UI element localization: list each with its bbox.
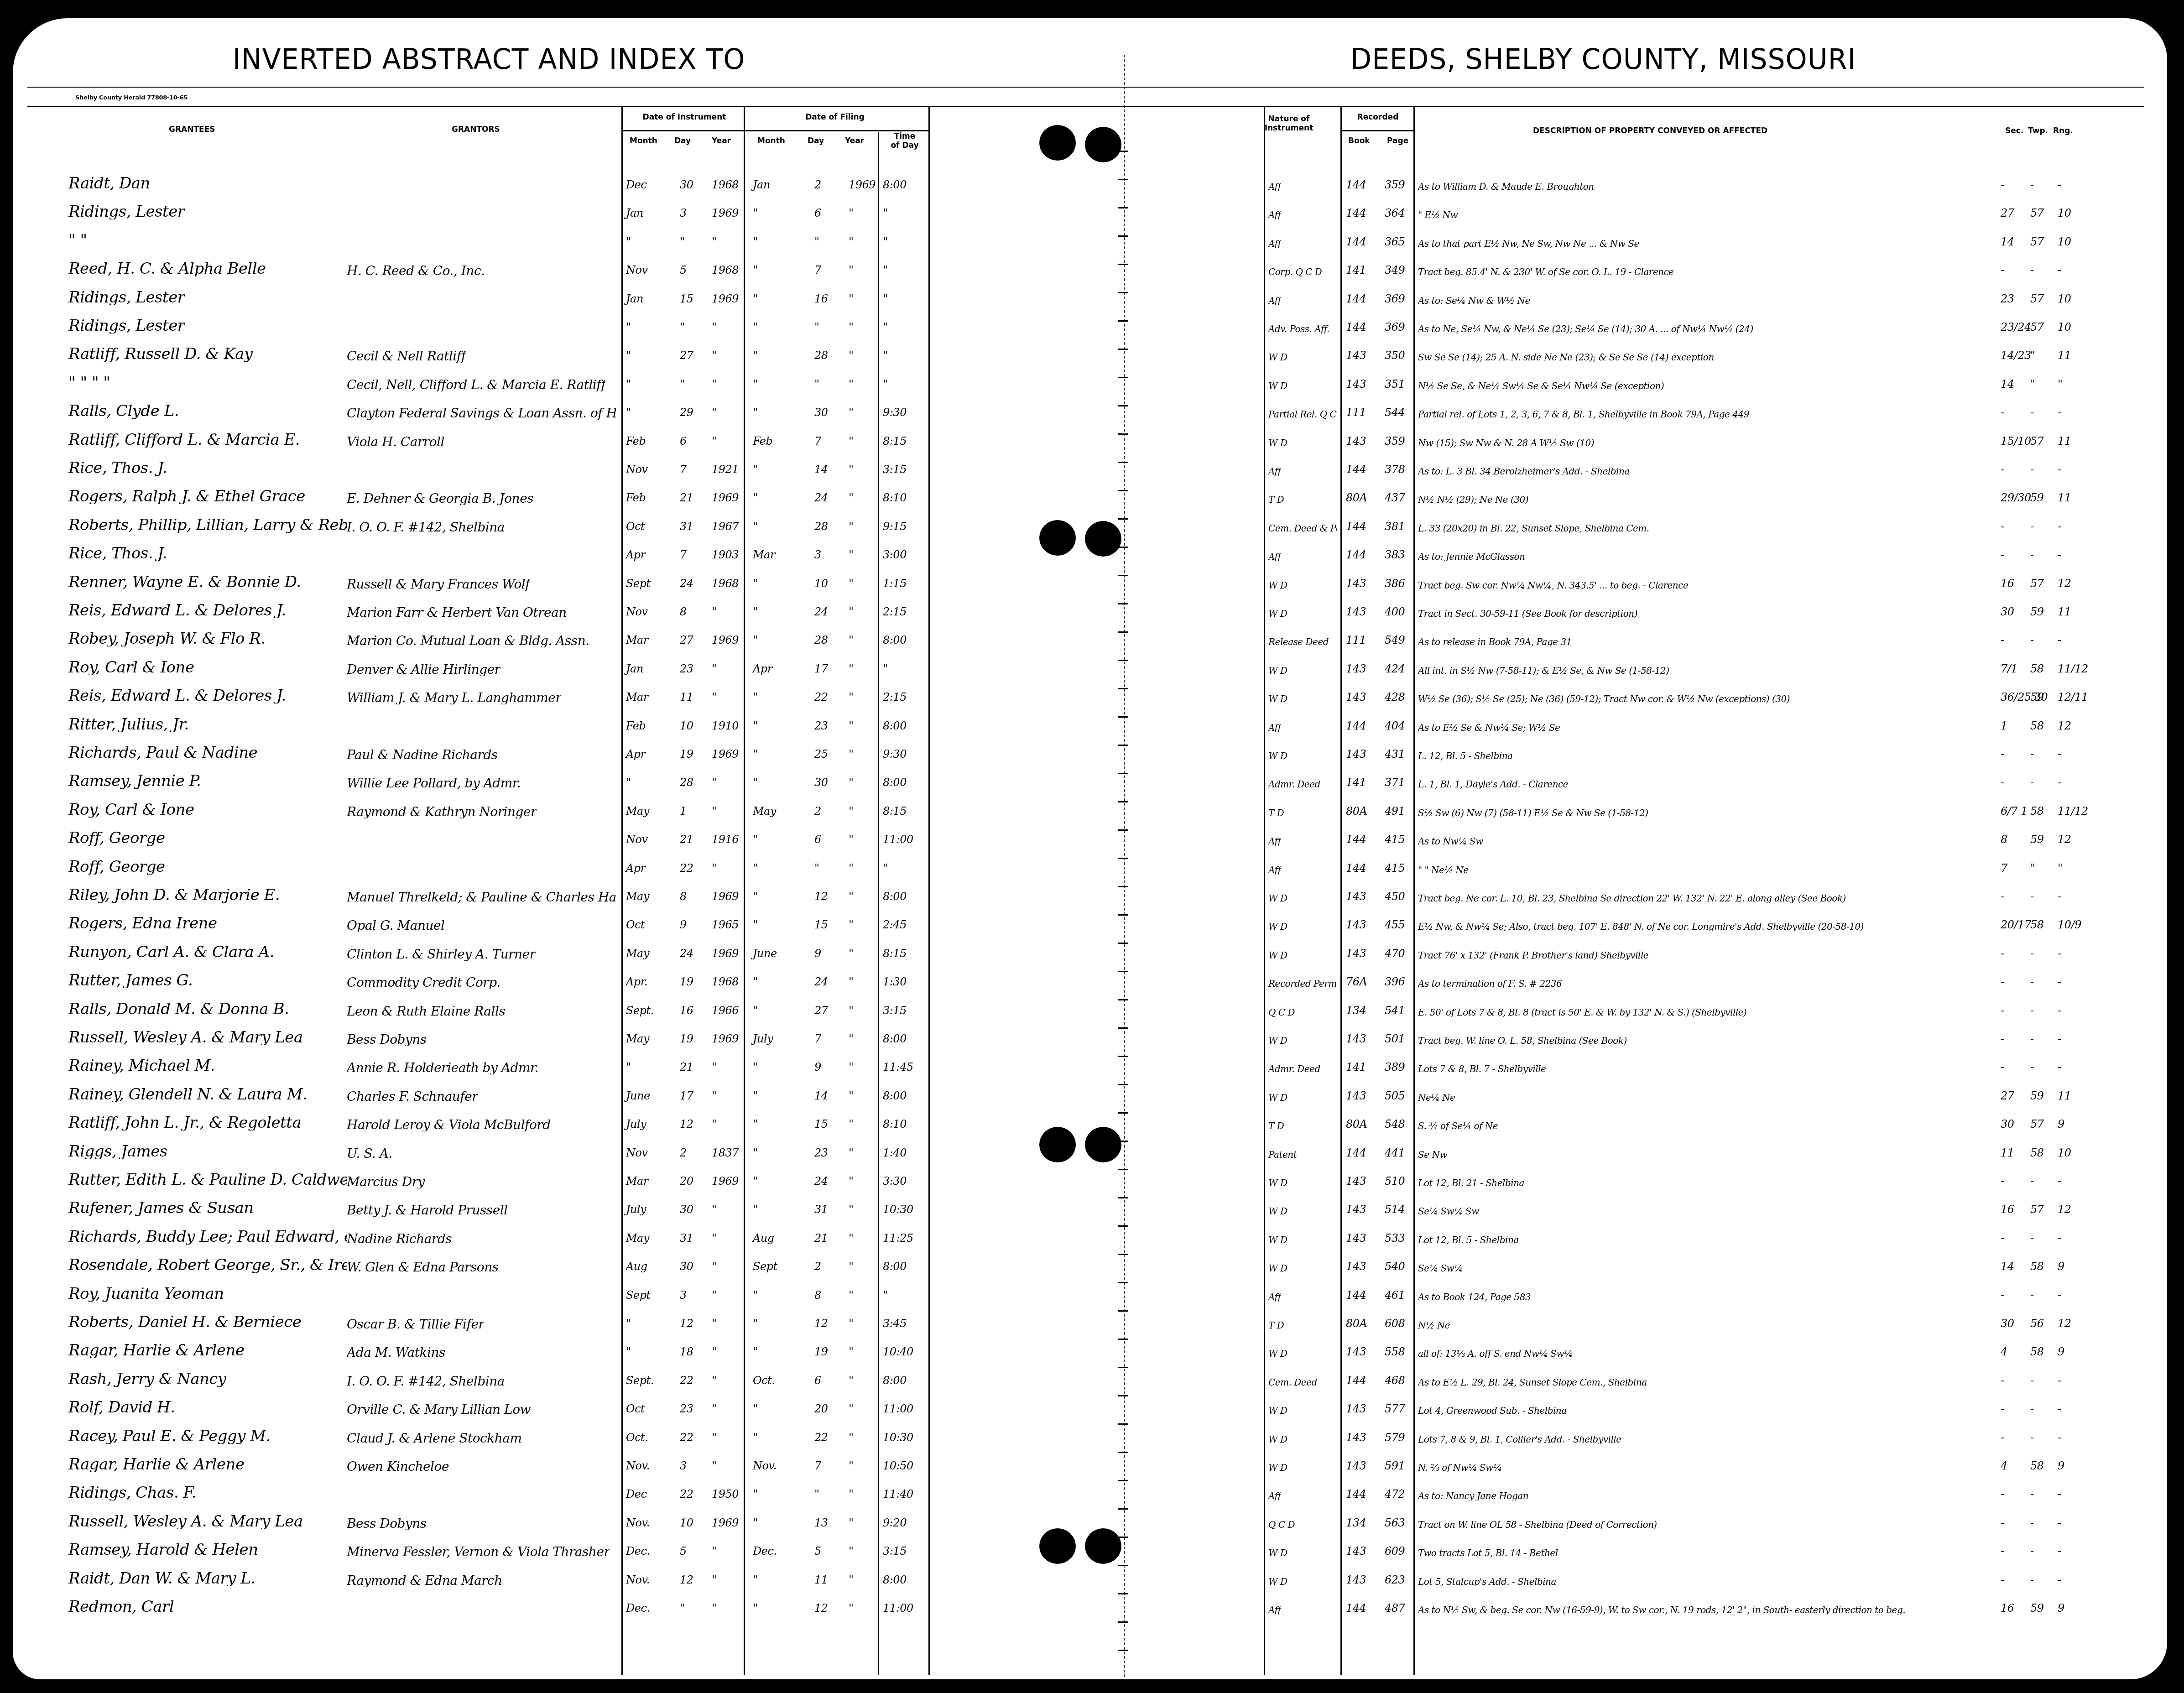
inst-day-cell: 6 [680, 436, 687, 447]
inst-month-cell: May [626, 1033, 649, 1044]
inst-year-cell: " [712, 1261, 717, 1272]
time-cell: " [883, 1290, 888, 1301]
spine-tick [1118, 1282, 1128, 1283]
grantor-cell: Commodity Credit Corp. [347, 976, 500, 989]
filing-year-cell: " [849, 1546, 854, 1557]
sec-cell: 23/24 [2001, 322, 2031, 333]
book-cell: 144 [1346, 1147, 1366, 1158]
grantee-cell: Raidt, Dan W. & Mary L. [68, 1571, 255, 1586]
inst-year-cell: " [712, 1233, 717, 1244]
inst-year-cell: " [712, 1603, 717, 1614]
page-cell: 396 [1385, 976, 1405, 987]
nature-cell: W D [1268, 1036, 1287, 1045]
filing-day-cell: 30 [814, 777, 828, 788]
spine-tick [1118, 1480, 1128, 1481]
grantor-cell: Harold Leroy & Viola McBulford [347, 1119, 551, 1131]
spine-tick [1118, 971, 1128, 972]
book-cell: 144 [1346, 1290, 1366, 1301]
filing-month-cell: " [753, 1603, 758, 1614]
time-cell: " [883, 236, 888, 247]
inst-day-cell: 10 [680, 720, 693, 731]
inst-month-cell: Sept [626, 1290, 651, 1301]
grantee-cell: Ratliff, Russell D. & Kay [68, 346, 253, 362]
rng-cell: 10 [2058, 322, 2071, 333]
book-cell: 143 [1346, 1346, 1366, 1357]
page-cell: 461 [1385, 1290, 1405, 1301]
sec-cell: 4 [2001, 1346, 2007, 1357]
filing-day-cell: 6 [814, 208, 821, 219]
filing-month-cell: " [753, 1290, 758, 1301]
sec-cell: 30 [2001, 1318, 2014, 1329]
sec-cell: - [2001, 1176, 2004, 1187]
grantee-cell: Rutter, James G. [68, 973, 193, 988]
twp-cell: 58 [2030, 806, 2044, 817]
inst-day-cell: " [680, 1603, 685, 1614]
grantee-cell: Runyon, Carl A. & Clara A. [68, 944, 274, 960]
page-cell: 487 [1385, 1603, 1405, 1614]
inst-year-cell: " [712, 1346, 717, 1357]
inst-year-cell: " [712, 1460, 717, 1471]
spine-tick [1118, 1254, 1128, 1255]
inst-day-cell: 1 [680, 806, 687, 817]
nature-cell: W D [1268, 1093, 1287, 1102]
filing-day-cell: 25 [814, 749, 828, 760]
page-cell: 533 [1385, 1233, 1405, 1244]
filing-month-cell: " [753, 1119, 758, 1130]
spine-tick [1118, 688, 1128, 689]
nature-cell: W D [1268, 1349, 1287, 1358]
page-cell: 428 [1385, 692, 1405, 703]
spine-tick [1118, 829, 1128, 831]
rule-nature-left [1264, 106, 1265, 1675]
filing-year-cell: " [849, 606, 854, 617]
twp-cell: - [2030, 1574, 2034, 1585]
rng-cell: 12/11 [2058, 692, 2088, 703]
col-book: Book [1348, 137, 1370, 146]
twp-cell: 59 [2030, 834, 2044, 845]
filing-month-cell: " [753, 720, 758, 731]
book-cell: 143 [1346, 578, 1366, 589]
nature-cell: Aff [1268, 1605, 1281, 1615]
twp-cell: 58 [2030, 1346, 2044, 1357]
page-cell: 386 [1385, 578, 1405, 589]
inst-year-cell: 1916 [712, 834, 739, 845]
spine-tick [1118, 716, 1128, 718]
filing-year-cell: " [849, 635, 854, 646]
page-cell: 548 [1385, 1119, 1405, 1130]
nature-cell: W D [1268, 894, 1287, 903]
page-cell: 389 [1385, 1062, 1405, 1073]
time-cell: 11:00 [883, 834, 913, 845]
twp-cell: 57 [2030, 322, 2044, 333]
rng-cell: 9 [2058, 1460, 2064, 1471]
grantee-cell: Reis, Edward L. & Delores J. [68, 688, 286, 703]
recorded-header-rule [1340, 130, 1413, 131]
book-cell: 80A [1346, 806, 1367, 817]
sec-cell: - [2001, 1489, 2004, 1500]
nature-cell: Recorded Perm. State [1268, 979, 1337, 988]
page-cell: 371 [1385, 777, 1405, 788]
filing-month-cell: Mar [753, 549, 775, 560]
filing-year-cell: " [849, 549, 854, 560]
description-cell: Lots 7 & 8, Bl. 7 - Shelbyville [1418, 1064, 1546, 1073]
sec-cell: 29/30 [2001, 492, 2031, 503]
nature-cell: W D [1268, 694, 1287, 703]
inst-month-cell: May [626, 948, 649, 959]
grantee-cell: Rolf, David H. [68, 1400, 175, 1415]
sec-cell: - [2001, 635, 2004, 646]
inst-day-cell: 19 [680, 1033, 693, 1044]
rng-cell: 11 [2058, 606, 2071, 617]
grantor-cell: Minerva Fessler, Vernon & Viola Thrasher [347, 1546, 610, 1558]
spine-tick [1118, 660, 1128, 661]
filing-year-cell: " [849, 492, 854, 503]
sec-cell: 14 [2001, 236, 2014, 247]
spine-tick [1118, 1141, 1128, 1142]
nature-cell: W D [1268, 951, 1287, 960]
inst-month-cell: May [626, 891, 649, 902]
inst-day-cell: 21 [680, 834, 693, 845]
sec-cell: - [2001, 777, 2004, 788]
grantor-cell: Owen Kincheloe [347, 1460, 449, 1473]
filing-month-cell: " [753, 293, 758, 304]
book-cell: 111 [1346, 407, 1366, 418]
time-cell: 1:30 [883, 976, 907, 987]
grantee-cell: Ragar, Harlie & Arlene [68, 1343, 245, 1358]
grantee-cell: Roberts, Phillip, Lillian, Larry & Rebec… [68, 517, 347, 533]
inst-year-cell: 1969 [712, 208, 739, 219]
filing-year-cell: " [849, 236, 854, 247]
time-cell: " [883, 863, 888, 874]
page-cell: 608 [1385, 1318, 1405, 1329]
spine-tick [1118, 377, 1128, 378]
time-cell: 8:10 [883, 492, 907, 503]
page-cell: 591 [1385, 1460, 1405, 1471]
inst-day-cell: 31 [680, 1233, 693, 1244]
filing-month-cell: " [753, 976, 758, 987]
filing-day-cell: 2 [814, 1261, 821, 1272]
nature-cell: Admr. Deed [1268, 1064, 1320, 1073]
rng-cell: - [2058, 1517, 2061, 1528]
twp-cell: 59 [2030, 692, 2044, 703]
filing-year-cell: " [849, 521, 854, 532]
grantee-cell: Ralls, Clyde L. [68, 403, 179, 419]
rng-cell: 12 [2058, 720, 2071, 731]
inst-day-cell: 5 [680, 1546, 687, 1557]
filing-month-cell: " [753, 1005, 758, 1016]
page-cell: 441 [1385, 1147, 1405, 1158]
filing-month-cell: " [753, 1574, 758, 1585]
twp-cell: - [2030, 777, 2034, 788]
sec-cell: 27 [2001, 1090, 2014, 1101]
filing-day-cell: 8 [814, 1290, 821, 1301]
twp-cell: - [2030, 464, 2034, 475]
twp-cell: - [2030, 976, 2034, 987]
description-cell: As to that part E½ Nw, Ne Sw, Nw Ne ... … [1418, 239, 1639, 248]
spine-tick [1118, 518, 1128, 520]
time-cell: 8:00 [883, 635, 907, 646]
spine-tick [1118, 547, 1128, 548]
inst-day-cell: 12 [680, 1119, 693, 1130]
sec-cell: - [2001, 1432, 2004, 1443]
rng-cell: - [2058, 464, 2061, 475]
time-cell: 10:30 [883, 1432, 913, 1443]
filing-month-cell: May [753, 806, 776, 817]
filing-month-cell: June [753, 948, 777, 959]
sec-cell: 27 [2001, 208, 2014, 219]
filing-year-cell: 1969 [849, 179, 876, 190]
filing-year-cell: " [849, 1090, 854, 1101]
inst-month-cell: Nov [626, 464, 648, 475]
rng-cell: - [2058, 1432, 2061, 1443]
description-cell: As to release in Book 79A, Page 31 [1418, 637, 1572, 646]
col-twp: Twp. [2028, 127, 2048, 136]
inst-year-cell: " [712, 777, 717, 788]
nature-cell: W D [1268, 1406, 1287, 1415]
description-cell: Tract beg. Ne cor. L. 10, Bl. 23, Shelbi… [1418, 894, 1846, 903]
twp-cell: 57 [2030, 236, 2044, 247]
grantor-cell: Leon & Ruth Elaine Ralls [347, 1005, 505, 1018]
inst-year-cell: " [712, 1403, 717, 1414]
sec-cell: 8 [2001, 834, 2007, 845]
book-cell: 143 [1346, 891, 1366, 902]
rule-time-right [928, 106, 930, 1675]
book-cell: 143 [1346, 436, 1366, 447]
grantee-cell: Ramsey, Harold & Helen [68, 1542, 258, 1558]
twp-cell: - [2030, 891, 2034, 902]
col-inst-day: Day [674, 137, 691, 146]
page-cell: 505 [1385, 1090, 1405, 1101]
filing-month-cell: Feb [753, 436, 772, 447]
book-cell: 141 [1346, 265, 1366, 276]
inst-year-cell: 1968 [712, 976, 739, 987]
filing-year-cell: " [849, 1375, 854, 1386]
filing-day-cell: 3 [814, 549, 821, 560]
description-cell: As to Nw¼ Sw [1418, 837, 1483, 846]
filing-year-cell: " [849, 948, 854, 959]
sec-cell: - [2001, 1403, 2004, 1414]
sec-cell: - [2001, 1033, 2004, 1044]
page-cell: 349 [1385, 265, 1405, 276]
sec-cell: 6/7 1 [2001, 806, 2028, 817]
inst-year-cell: " [712, 350, 717, 361]
time-cell: 10:50 [883, 1460, 913, 1471]
description-cell: Nw (15); Sw Nw & N. 28 A W½ Sw (10) [1418, 438, 1594, 448]
rng-cell: 9 [2058, 1119, 2064, 1130]
rule-time-left [878, 132, 879, 1675]
col-filing-month: Month [757, 137, 785, 146]
filing-year-cell: " [849, 265, 854, 276]
page-cell: 510 [1385, 1176, 1405, 1187]
filing-day-cell: 27 [814, 1005, 828, 1016]
rng-cell: - [2058, 179, 2061, 190]
filing-month-cell: " [753, 891, 758, 902]
inst-year-cell: 1966 [712, 1005, 739, 1016]
inst-day-cell: 3 [680, 208, 687, 219]
twp-cell: - [2030, 1033, 2034, 1044]
time-cell: " [883, 322, 888, 333]
filing-day-cell: 2 [814, 806, 821, 817]
grantee-cell: " " [68, 233, 87, 248]
book-cell: 144 [1346, 720, 1366, 731]
col-inst-month: Month [630, 137, 657, 146]
time-cell: 8:00 [883, 777, 907, 788]
sec-cell: - [2001, 1517, 2004, 1528]
grantor-cell: Orville C. & Mary Lillian Low [347, 1403, 531, 1416]
filing-month-cell: " [753, 749, 758, 760]
filing-year-cell: " [849, 692, 854, 703]
time-cell: 3:00 [883, 549, 907, 560]
filing-month-cell: " [753, 1517, 758, 1528]
filing-month-cell: " [753, 208, 758, 219]
time-cell: 9:30 [883, 749, 907, 760]
filing-month-cell: " [753, 692, 758, 703]
book-cell: 144 [1346, 1375, 1366, 1386]
inst-day-cell: 11 [680, 692, 693, 703]
filing-month-cell: Apr [753, 663, 772, 674]
filing-day-cell: 12 [814, 891, 828, 902]
filing-month-cell: July [753, 1033, 773, 1044]
grantor-cell: Opal G. Manuel [347, 919, 445, 932]
grantee-cell: Rutter, Edith L. & Pauline D. Caldwell [68, 1172, 347, 1188]
inst-month-cell: Oct. [626, 1432, 648, 1443]
sec-cell: - [2001, 1062, 2004, 1073]
twp-cell: 58 [2030, 663, 2044, 674]
nature-cell: W D [1268, 381, 1287, 391]
rng-cell: - [2058, 1176, 2061, 1187]
filing-month-cell: Sept [753, 1261, 777, 1272]
filing-day-cell: 21 [814, 1233, 828, 1244]
inst-month-cell: Mar [626, 635, 648, 646]
inst-month-cell: Sept. [626, 1375, 654, 1386]
inst-month-cell: " [626, 777, 631, 788]
description-cell: L. 12, Bl. 5 - Shelbina [1418, 751, 1512, 761]
filing-month-cell: " [753, 1432, 758, 1443]
grantor-cell: Nadine Richards [347, 1233, 452, 1245]
description-cell: All int. in S½ Nw (7-58-11); & E½ Se, & … [1418, 666, 1669, 675]
twp-cell: 58 [2030, 1147, 2044, 1158]
filing-year-cell: " [849, 1290, 854, 1301]
filing-year-cell: " [849, 919, 854, 930]
twp-cell: - [2030, 1233, 2034, 1244]
filing-month-cell: " [753, 777, 758, 788]
description-cell: As to William D. & Maude E. Broughton [1418, 182, 1594, 191]
description-cell: N½ Se Se, & Ne¼ Sw¼ Se & Se¼ Nw¼ Se (exc… [1418, 381, 1664, 391]
inst-year-cell: " [712, 1062, 717, 1073]
col-filing-year: Year [845, 137, 864, 146]
inst-year-cell: " [712, 806, 717, 817]
inst-month-cell: Dec [626, 1489, 646, 1500]
grantee-cell: Rash, Jerry & Nancy [68, 1371, 226, 1387]
grantee-cell: Ridings, Lester [68, 318, 185, 333]
filing-month-cell: " [753, 1176, 758, 1187]
spine-tick [1118, 264, 1128, 265]
twp-cell: 58 [2030, 720, 2044, 731]
nature-cell: T D [1268, 495, 1284, 504]
filing-day-cell: 14 [814, 1090, 828, 1101]
description-cell: " E½ Nw [1418, 210, 1458, 219]
twp-cell: 57 [2030, 578, 2044, 589]
nature-cell: Cem. Deed [1268, 1378, 1317, 1387]
spine-tick [1118, 1395, 1128, 1396]
col-date-filing: Date of Filing [753, 113, 917, 122]
book-cell: 141 [1346, 1062, 1366, 1073]
inst-year-cell: " [712, 436, 717, 447]
inst-year-cell: " [712, 692, 717, 703]
time-cell: 8:00 [883, 1090, 907, 1101]
page-title-left: INVERTED ABSTRACT AND INDEX TO [233, 42, 745, 76]
inst-month-cell: Sept [626, 578, 651, 589]
twp-cell: - [2030, 1432, 2034, 1443]
nature-cell: W D [1268, 1264, 1287, 1273]
filing-year-cell: " [849, 1574, 854, 1585]
sec-cell: 30 [2001, 606, 2014, 617]
nature-cell: Aff [1268, 1292, 1281, 1302]
description-cell: As to Ne, Se¼ Nw, & Ne¼ Se (23); Se¼ Se … [1418, 324, 1753, 333]
filing-day-cell: 22 [814, 692, 828, 703]
filing-year-cell: " [849, 777, 854, 788]
twp-cell: - [2030, 179, 2034, 190]
inst-month-cell: July [626, 1119, 646, 1130]
grantee-cell: Riggs, James [68, 1144, 167, 1159]
twp-cell: - [2030, 549, 2034, 560]
sec-cell: - [2001, 948, 2004, 959]
rule-inst-right [744, 106, 745, 1675]
page-cell: 424 [1385, 663, 1405, 674]
page-cell: 415 [1385, 834, 1405, 845]
grantor-cell: Viola H. Carroll [347, 436, 444, 448]
spine-tick [1118, 1169, 1128, 1170]
book-cell: 143 [1346, 1574, 1366, 1585]
spine-tick [1118, 490, 1128, 491]
nature-cell: W D [1268, 1207, 1287, 1216]
filing-day-cell: 23 [814, 720, 828, 731]
twp-cell: 57 [2030, 1119, 2044, 1130]
grantee-cell: Ridings, Chas. F. [68, 1485, 196, 1500]
rng-cell: - [2058, 1233, 2061, 1244]
filing-day-cell: 15 [814, 1119, 828, 1130]
inst-month-cell: Apr [626, 549, 646, 560]
book-cell: 143 [1346, 1432, 1366, 1443]
filing-year-cell: " [849, 1603, 854, 1614]
grantor-cell: Bess Dobyns [347, 1517, 427, 1530]
inst-month-cell: Feb [626, 720, 646, 731]
description-cell: Tract on W. line OL 58 - Shelbina (Deed … [1418, 1520, 1657, 1529]
inst-year-cell: " [712, 1574, 717, 1585]
inst-year-cell: 1969 [712, 1517, 739, 1528]
grantor-cell: Bess Dobyns [347, 1033, 427, 1046]
binder-hole [1039, 1127, 1076, 1162]
time-cell: " [883, 379, 888, 390]
book-cell: 144 [1346, 834, 1366, 845]
filing-day-cell: 24 [814, 492, 828, 503]
book-cell: 80A [1346, 1119, 1367, 1130]
inst-month-cell: " [626, 1346, 631, 1357]
rng-cell: 10 [2058, 208, 2071, 219]
sec-cell: - [2001, 549, 2004, 560]
filing-day-cell: 6 [814, 834, 821, 845]
rng-cell: 11/12 [2058, 806, 2088, 817]
filing-day-cell: 28 [814, 635, 828, 646]
sec-cell: 14/23 [2001, 350, 2031, 361]
inst-month-cell: Dec. [626, 1546, 650, 1557]
binder-hole [1039, 1528, 1076, 1564]
description-cell: N. ⅔ of Nw¼ Sw¼ [1418, 1463, 1502, 1472]
inst-year-cell: " [712, 236, 717, 247]
description-cell: As to termination of F. S. # 2236 [1418, 979, 1562, 988]
grantee-cell: " " " " [68, 375, 110, 391]
filing-day-cell: 14 [814, 464, 828, 475]
